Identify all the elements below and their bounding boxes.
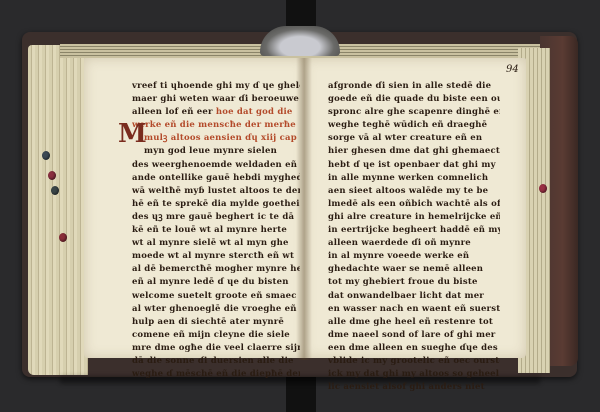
text-line: des ɥꝫ mre gauē beghert ic te dā xyxy=(132,211,300,224)
text-line: ick my dat ghi my altoos so geheel xyxy=(328,368,500,381)
text-line: ghi alre creature in hemelrijcke eñ xyxy=(328,211,500,224)
text-line: hier ghesen dme dat ghi ghemaect xyxy=(328,145,500,158)
text-line: aen sieet altoos walēde my te be xyxy=(328,185,500,198)
text-line: alleen waerdede ɗi oñ mynre xyxy=(328,237,500,250)
text-line: kē eñ te louē wt al mynre herte xyxy=(132,224,300,237)
text-line: moede wt al mynre sterctħ eñ wt xyxy=(132,250,300,263)
text-line: eñ al mynre ledē ɗ ɥe du bisten xyxy=(132,276,300,289)
text-line: sorge vā al wter creature eñ en xyxy=(328,132,500,145)
text-line: mulꝫ altoos aensien ɗɥ xiij cap xyxy=(132,132,300,145)
fore-edge-left-pages xyxy=(28,45,88,375)
page-tab-bead-icon xyxy=(51,186,59,195)
text-line: dat onwandelbaer licht dat mer xyxy=(328,290,500,303)
text-line: ghedachte waer se nemē alleen xyxy=(328,263,500,276)
text-line: myn god leue mynre sielen xyxy=(132,145,300,158)
text-line: afgronde ɗi sien in alle stedē die xyxy=(328,80,500,93)
text-line: al wter ghenoeglē die vroeghe eñ xyxy=(132,303,300,316)
text-line: en wasser nach en waent eñ suerste xyxy=(328,303,500,316)
text-line: goede eñ die quade du biste een our xyxy=(328,93,500,106)
text-line: vblide ic my grootelic eñ oec ourste xyxy=(328,355,500,368)
text-line: al dē bemerctħē mogher mynre herten xyxy=(132,263,300,276)
text-line: mre dme ogħe die veel claerre sijn xyxy=(132,342,300,355)
text-line: spronc alre ghe scapenre dinghē eñ dre xyxy=(328,106,500,119)
text-line: maer ghi weten waar ɗi beroeuwe xyxy=(132,93,300,106)
text-line: dme naeel sond of lare of ghi mer xyxy=(328,329,500,342)
text-line: in alle mynne werken comnelich xyxy=(328,172,500,185)
text-line: wt al mynre sielē wt al myn ghe xyxy=(132,237,300,250)
text-line: alleen lof eñ eer hoe dat god die xyxy=(132,106,300,119)
page-tab-bead-icon xyxy=(539,184,547,193)
text-line: vreef ti ɥhoende ghi my ɗ ɥe ghelooft xyxy=(132,80,300,93)
text-line: comene eñ mijn cleyne die siele xyxy=(132,329,300,342)
text-line: in al mynre voeede werke eñ xyxy=(328,250,500,263)
text-line: wā weltħē myɓ lustet altoos te dencn xyxy=(132,185,300,198)
text-line: welcome suetelt groote eñ smaec xyxy=(132,290,300,303)
text-line: hē eñ te sprekē dia mylde goetheit xyxy=(132,198,300,211)
text-line: een dme alleen en sueghe ɗɥe des xyxy=(328,342,500,355)
text-line: weghe ɗ mēschē eñ die diepħē der xyxy=(132,368,300,381)
folio-number: 94 xyxy=(506,64,519,75)
text-line: hulp aen di siechtē ater mynrē xyxy=(132,316,300,329)
text-line: tot my ghebiert froue du biste xyxy=(328,276,500,289)
rubric-line: werke eñ die menscħe der merħe xyxy=(132,119,300,132)
text-line: alle dme ghe heel eñ restenre tot xyxy=(328,316,500,329)
page-tab-bead-icon xyxy=(48,171,56,180)
right-page-text: afgronde ɗi sien in alle stedē die goede… xyxy=(328,80,500,394)
text-line: lmedē als een oñbich wachtē als of xyxy=(328,198,500,211)
text-line: ande ontellike gauē hebdi myghedaen xyxy=(132,172,300,185)
text-line: in eertrijcke begheert haddē eñ mylt xyxy=(328,224,500,237)
text-line: des weerghenoemde weldaden eñ xyxy=(132,159,300,172)
page-tab-bead-icon xyxy=(59,233,67,242)
text-line: hebt ɗ ɥe ist openbaer dat ghi my xyxy=(328,159,500,172)
spine-headband xyxy=(260,26,340,56)
left-page-text: vreef ti ɥhoende ghi my ɗ ɥe ghelooft ma… xyxy=(132,80,300,381)
page-tab-bead-icon xyxy=(42,151,50,160)
text-line: dā die sonne ɗi duersien alle die xyxy=(132,355,300,368)
decorated-initial: M xyxy=(118,122,144,146)
rubric-text: hoe dat god die xyxy=(216,107,293,117)
text-line: lic aensiet alsof ghi anders niet xyxy=(328,381,500,394)
text-line: weghe teghē wūdich eñ draeghē xyxy=(328,119,500,132)
